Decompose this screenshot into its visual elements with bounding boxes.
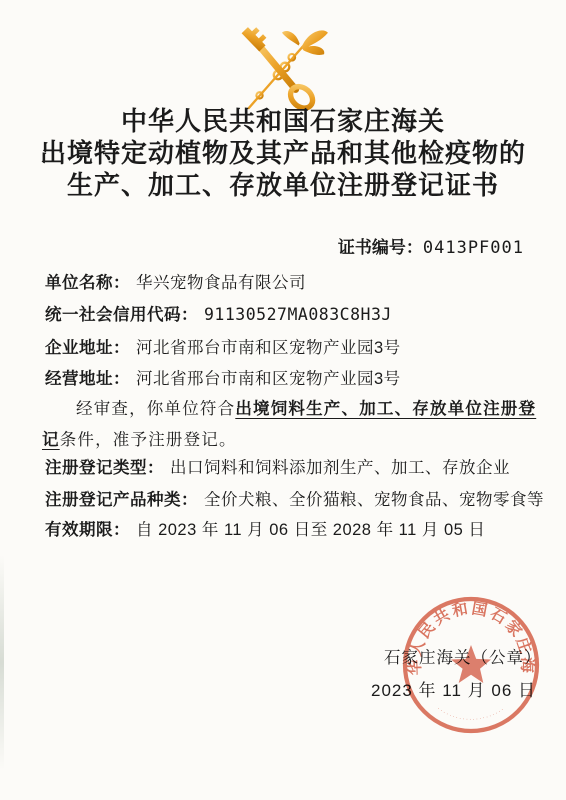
field-value: 河北省邢台市南和区宠物产业园3号 [136,370,401,388]
seal-serial-marks: ····················· [436,706,507,723]
field-value: 华兴宠物食品有限公司 [136,274,306,292]
certificate-title: 中华人民共和国石家庄海关 出境特定动植物及其产品和其他检疫物的 生产、加工、存放… [20,106,546,202]
field-value: 91130527MA083C8H3J [204,305,392,324]
certificate-page: 中华人民共和国石家庄海关 出境特定动植物及其产品和其他检疫物的 生产、加工、存放… [0,0,566,800]
approval-paragraph-line1: 经审查，你单位符合出境饲料生产、加工、存放单位注册登 [42,395,558,419]
field-label: 单位名称： [45,274,130,292]
approval-paragraph-line2: 记条件，准予注册登记。 [42,426,524,450]
scan-artifact [0,555,4,770]
approval-emphasis: 出境饲料生产、加工、存放单位注册登 [235,400,536,418]
field-row-company-name: 单位名称：华兴宠物食品有限公司 [45,269,535,293]
certificate-number-value: 0413PF001 [423,238,524,258]
field-value: 河北省邢台市南和区宠物产业园3号 [136,339,401,357]
field-label: 统一社会信用代码： [45,306,198,324]
approval-prefix: 经审查，你单位符合 [76,400,235,418]
field-row-company-address: 企业地址：河北省邢台市南和区宠物产业园3号 [45,334,535,358]
certificate-number-label: 证书编号： [338,238,423,257]
field-value: 全价犬粮、全价猫粮、宠物食品、宠物零食等 [204,491,544,509]
title-authority: 中华人民共和国石家庄海关 [20,106,546,138]
field-row-business-address: 经营地址：河北省邢台市南和区宠物产业园3号 [45,365,535,389]
field-row-product-categories: 注册登记产品种类：全价犬粮、全价猫粮、宠物食品、宠物零食等 [45,486,535,510]
field-row-validity: 有效期限：自 2023 年 11 月 06 日至 2028 年 11 月 05 … [45,516,535,540]
field-value: 出口饲料和饲料添加剂生产、加工、存放企业 [170,459,510,477]
approval-suffix: 条件，准予注册登记。 [60,431,237,449]
approval-emphasis: 记 [42,431,60,449]
title-line2: 出境特定动植物及其产品和其他检疫物的 [20,138,546,170]
field-row-credit-code: 统一社会信用代码：91130527MA083C8H3J [45,301,535,325]
customs-emblem-icon [232,24,332,112]
field-value: 自 2023 年 11 月 06 日至 2028 年 11 月 05 日 [136,521,485,539]
field-label: 企业地址： [45,339,130,357]
field-label: 注册登记类型： [45,459,164,477]
field-label: 有效期限： [45,521,130,539]
field-label: 经营地址： [45,370,130,388]
official-seal: 中华人民共和国石家庄海关 ····················· [393,593,545,745]
seal-star-icon [451,645,491,683]
field-label: 注册登记产品种类： [45,491,198,509]
certificate-number: 证书编号：0413PF001 [0,233,524,258]
title-line3: 生产、加工、存放单位注册登记证书 [20,170,546,202]
field-row-registration-type: 注册登记类型：出口饲料和饲料添加剂生产、加工、存放企业 [45,454,535,478]
